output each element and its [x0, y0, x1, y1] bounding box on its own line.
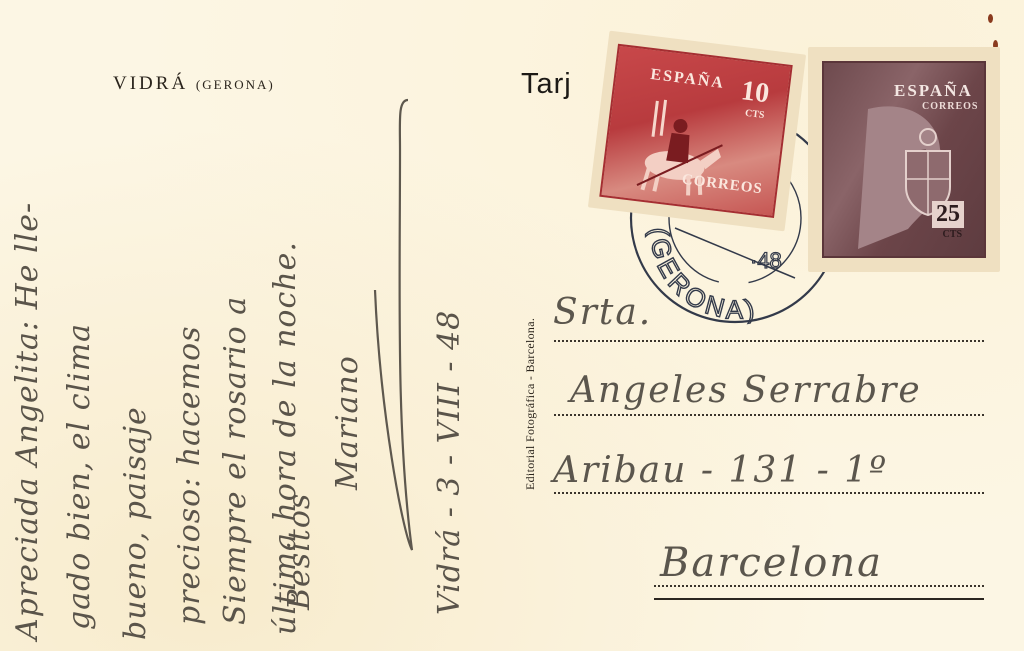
address-rule [554, 492, 984, 494]
address-rule [554, 414, 984, 416]
message-line: precioso: hacemos [172, 325, 207, 625]
stamp-country: ESPAÑA [894, 81, 973, 101]
caption-place: VIDRÁ [113, 73, 188, 94]
publisher-credit: Editorial Fotográfica - Barcelona. [523, 318, 538, 490]
postcard: VIDRÁ (GERONA) Tarj Editorial Fotográfic… [0, 0, 1024, 651]
caption: VIDRÁ (GERONA) [113, 73, 275, 95]
header-label: Tarj [521, 68, 572, 101]
pen-flourish [360, 90, 440, 570]
address-line-city: Barcelona [660, 540, 883, 586]
message-line: Siempre el rosario a [218, 296, 253, 625]
message-line: Apreciada Angelita: He lle- [10, 202, 45, 640]
rust-spot [988, 14, 993, 23]
stamp-design: ESPAÑA 10 CTS CORREOS [599, 44, 792, 218]
city-underline [654, 598, 984, 600]
stamp-10-cts: ESPAÑA 10 CTS CORREOS [588, 31, 806, 232]
message-line: bueno, paisaje [118, 406, 153, 640]
address-line-title: Srta. [553, 292, 652, 333]
stamp-value: 25 [932, 201, 964, 228]
stamp-value: 10 [739, 75, 771, 110]
address-rule [554, 340, 984, 342]
stamp-unit: CTS [744, 108, 765, 121]
caption-province: (GERONA) [196, 77, 275, 92]
message-line: gado bien, el clima [62, 323, 97, 630]
stamp-unit: CTS [943, 229, 962, 240]
stamp-service: CORREOS [922, 101, 978, 112]
stamp-25-cts: ESPAÑA CORREOS 25 CTS [808, 47, 1000, 272]
address-line-street: Aribau - 131 - 1º [553, 450, 888, 491]
message-closing: Besitos [282, 493, 317, 610]
stamp-design: ESPAÑA CORREOS 25 CTS [822, 61, 986, 258]
stamp-country: ESPAÑA [649, 66, 725, 93]
address-rule [654, 585, 984, 587]
address-line-name: Angeles Serrabre [570, 370, 922, 411]
